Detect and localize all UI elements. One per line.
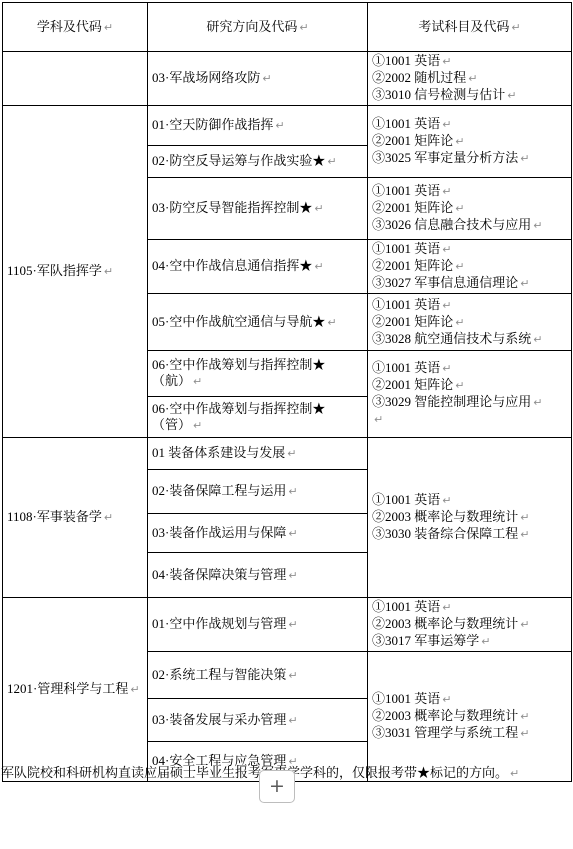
paragraph-mark-icon: ↵	[285, 447, 296, 460]
text-line: ②2001 矩阵论↵	[372, 133, 569, 150]
text-line: ③3010 信号检测与估计↵	[372, 87, 569, 104]
paragraph-mark-icon: ↵	[440, 299, 451, 312]
text-line: （管）↵	[152, 417, 365, 434]
paragraph-mark-icon: ↵	[191, 419, 202, 432]
paragraph-mark-icon: ↵	[312, 202, 323, 215]
paragraph-mark-icon: ↵	[128, 683, 139, 696]
text-line: 05·空中作战航空通信与导航★↵	[152, 314, 365, 331]
direction-cell-1105-04: 04·空中作战信息通信指挥★↵	[148, 240, 368, 294]
paragraph-mark-icon: ↵	[440, 494, 451, 507]
direction-cell-1201-01: 01·空中作战规划与管理↵	[148, 598, 368, 652]
admissions-table: 学科及代码↵ 研究方向及代码↵ 考试科目及代码↵ 03·军战场网络攻防↵ ①10…	[2, 2, 572, 782]
paragraph-mark-icon: ↵	[531, 333, 542, 346]
text-line: ③3031 管理学与系统工程↵	[372, 725, 569, 742]
text: 02·装备保障工程与运用	[152, 483, 286, 498]
exam-cell-1105-06: ①1001 英语↵②2001 矩阵论↵③3029 智能控制理论与应用↵↵	[368, 351, 572, 438]
text-line: 02·装备保障工程与运用↵	[152, 483, 365, 500]
paragraph-mark-icon: ↵	[102, 21, 113, 34]
text-line: ①1001 英语↵	[372, 492, 569, 509]
text-line: 01·空天防御作战指挥↵	[152, 117, 365, 134]
text-line: ②2003 概率论与数理统计↵	[372, 708, 569, 725]
row-1201-d01: 1201·管理科学与工程↵ 01·空中作战规划与管理↵ ①1001 英语↵②20…	[3, 598, 572, 652]
footer-note-text: 军队院校和科研机构直读应届硕士毕业生报考军事学学科的，仅限报考带★标记的方向。	[1, 765, 508, 780]
text: 06·空中作战筹划与指挥控制★	[152, 357, 325, 372]
exam-cell-1105-01-02: ①1001 英语↵②2001 矩阵论↵③3025 军事定量分析方法↵	[368, 106, 572, 178]
text: 04·空中作战信息通信指挥★	[152, 258, 312, 273]
text: ①1001 英语	[372, 691, 440, 706]
paragraph-mark-icon: ↵	[518, 152, 529, 165]
text: ②2001 矩阵论	[372, 200, 453, 215]
paragraph-mark-icon: ↵	[102, 511, 113, 524]
text: ②2002 随机过程	[372, 70, 466, 85]
row-1108-d01: 1108·军事装备学↵ 01 装备体系建设与发展↵ ①1001 英语↵②2003…	[3, 438, 572, 470]
paragraph-mark-icon: ↵	[440, 362, 451, 375]
paragraph-mark-icon: ↵	[453, 135, 464, 148]
text-line: 04·装备保障决策与管理↵	[152, 567, 365, 584]
direction-cell-1105-06-guan: 06·空中作战筹划与指挥控制★（管）↵	[148, 397, 368, 438]
text-line: 02·防空反导运筹与作战实验★↵	[152, 153, 365, 170]
paragraph-mark-icon: ↵	[286, 618, 297, 631]
paragraph-mark-icon: ↵	[191, 375, 202, 388]
text-line: ②2001 矩阵论↵	[372, 200, 569, 217]
text: ②2003 概率论与数理统计	[372, 509, 518, 524]
paragraph-mark-icon: ↵	[509, 21, 520, 34]
paragraph-mark-icon: ↵	[508, 767, 519, 780]
text: ②2003 概率论与数理统计	[372, 708, 518, 723]
text: ③3028 航空通信技术与系统	[372, 331, 531, 346]
text-line: ③3028 航空通信技术与系统↵	[372, 331, 569, 348]
direction-cell-1105-05: 05·空中作战航空通信与导航★↵	[148, 294, 368, 351]
paragraph-mark-icon: ↵	[453, 379, 464, 392]
text: ②2001 矩阵论	[372, 133, 453, 148]
text: 04·装备保障决策与管理	[152, 567, 286, 582]
text-line: ③3029 智能控制理论与应用↵	[372, 394, 569, 411]
text: 01·空天防御作战指挥	[152, 117, 273, 132]
text-line: 学科及代码↵	[3, 19, 147, 36]
table-header-row: 学科及代码↵ 研究方向及代码↵ 考试科目及代码↵	[3, 3, 572, 52]
paragraph-mark-icon: ↵	[440, 693, 451, 706]
text: ②2001 矩阵论	[372, 258, 453, 273]
text: ①1001 英语	[372, 599, 440, 614]
paragraph-mark-icon: ↵	[372, 413, 383, 426]
paragraph-mark-icon: ↵	[440, 185, 451, 198]
direction-cell-1105-01: 01·空天防御作战指挥↵	[148, 106, 368, 146]
text-line: 03·装备作战运用与保障↵	[152, 525, 365, 542]
paragraph-mark-icon: ↵	[325, 316, 336, 329]
text: 1108·军事装备学	[7, 509, 102, 524]
text-line: 03·装备发展与采办管理↵	[152, 712, 365, 729]
paragraph-mark-icon: ↵	[531, 219, 542, 232]
text-line: 04·空中作战信息通信指挥★↵	[152, 258, 365, 275]
exam-cell-1201-02-04: ①1001 英语↵②2003 概率论与数理统计↵③3031 管理学与系统工程↵	[368, 652, 572, 782]
text: 01·空中作战规划与管理	[152, 616, 286, 631]
paragraph-mark-icon: ↵	[518, 511, 529, 524]
text: 03·军战场网络攻防	[152, 70, 260, 85]
text-line: 01 装备体系建设与发展↵	[152, 445, 365, 462]
subject-cell-1105: 1105·军队指挥学↵	[3, 106, 148, 438]
paragraph-mark-icon: ↵	[531, 396, 542, 409]
exam-cell-1108-all: ①1001 英语↵②2003 概率论与数理统计↵③3030 装备综合保障工程↵	[368, 438, 572, 598]
text-line: ③3017 军事运筹学↵	[372, 633, 569, 650]
subject-cell-empty	[3, 52, 148, 106]
text-line: ①1001 英语↵	[372, 116, 569, 133]
exam-cell-1105-05: ①1001 英语↵②2001 矩阵论↵③3028 航空通信技术与系统↵	[368, 294, 572, 351]
text: 学科及代码	[37, 19, 102, 34]
text: 03·防空反导智能指挥控制★	[152, 200, 312, 215]
paragraph-mark-icon: ↵	[286, 669, 297, 682]
direction-cell-1105-03: 03·防空反导智能指挥控制★↵	[148, 178, 368, 240]
text-line: ③3027 军事信息通信理论↵	[372, 275, 569, 292]
text: 03·装备作战运用与保障	[152, 525, 286, 540]
header-subject-code: 学科及代码↵	[3, 3, 148, 52]
text: 1201·管理科学与工程	[7, 681, 128, 696]
direction-cell-1201-02: 02·系统工程与智能决策↵	[148, 652, 368, 699]
text-line: ②2003 概率论与数理统计↵	[372, 616, 569, 633]
text: ③3027 军事信息通信理论	[372, 275, 518, 290]
text: ③3017 军事运筹学	[372, 633, 479, 648]
direction-cell-carryover-03: 03·军战场网络攻防↵	[148, 52, 368, 106]
text-line: ①1001 英语↵	[372, 360, 569, 377]
paragraph-mark-icon: ↵	[440, 243, 451, 256]
text: ③3026 信息融合技术与应用	[372, 217, 531, 232]
direction-cell-1108-02: 02·装备保障工程与运用↵	[148, 470, 368, 514]
text-line: 06·空中作战筹划与指挥控制★	[152, 357, 365, 373]
exam-cell-1105-03: ①1001 英语↵②2001 矩阵论↵③3026 信息融合技术与应用↵	[368, 178, 572, 240]
paragraph-mark-icon: ↵	[286, 485, 297, 498]
text-line: ①1001 英语↵	[372, 297, 569, 314]
text-line: ②2003 概率论与数理统计↵	[372, 509, 569, 526]
text: 1105·军队指挥学	[7, 263, 102, 278]
exam-cell-1105-04: ①1001 英语↵②2001 矩阵论↵③3027 军事信息通信理论↵	[368, 240, 572, 294]
direction-cell-1105-06-hang: 06·空中作战筹划与指挥控制★（航）↵	[148, 351, 368, 397]
text: （管）	[152, 417, 191, 432]
text-line: （航）↵	[152, 373, 365, 390]
text-line: 1108·军事装备学↵	[7, 509, 145, 526]
paragraph-mark-icon: ↵	[286, 714, 297, 727]
text-line: 03·军战场网络攻防↵	[152, 70, 365, 87]
text: ③3029 智能控制理论与应用	[372, 394, 531, 409]
text: ②2001 矩阵论	[372, 377, 453, 392]
text: ②2003 概率论与数理统计	[372, 616, 518, 631]
text-line: 研究方向及代码↵	[148, 19, 367, 36]
header-research-direction: 研究方向及代码↵	[148, 3, 368, 52]
text: ①1001 英语	[372, 241, 440, 256]
text-line: 1105·军队指挥学↵	[7, 263, 145, 280]
exam-cell-carryover: ①1001 英语↵②2002 随机过程↵③3010 信号检测与估计↵	[368, 52, 572, 106]
subject-cell-1108: 1108·军事装备学↵	[3, 438, 148, 598]
text-line: ①1001 英语↵	[372, 53, 569, 70]
paragraph-mark-icon: ↵	[440, 601, 451, 614]
text-line: ②2002 随机过程↵	[372, 70, 569, 87]
paragraph-mark-icon: ↵	[479, 635, 490, 648]
text: （航）	[152, 373, 191, 388]
text-line: ③3030 装备综合保障工程↵	[372, 526, 569, 543]
text: 06·空中作战筹划与指挥控制★	[152, 401, 325, 416]
paragraph-mark-icon: ↵	[260, 72, 271, 85]
paragraph-mark-icon: ↵	[286, 527, 297, 540]
paragraph-mark-icon: ↵	[518, 727, 529, 740]
paragraph-mark-icon: ↵	[518, 277, 529, 290]
text-line: ②2001 矩阵论↵	[372, 377, 569, 394]
text: ②2001 矩阵论	[372, 314, 453, 329]
text: ①1001 英语	[372, 492, 440, 507]
text-line: ↵	[372, 411, 569, 428]
text-line: ①1001 英语↵	[372, 599, 569, 616]
direction-cell-1108-04: 04·装备保障决策与管理↵	[148, 553, 368, 598]
paragraph-mark-icon: ↵	[440, 55, 451, 68]
paragraph-mark-icon: ↵	[312, 260, 323, 273]
paragraph-mark-icon: ↵	[518, 528, 529, 541]
paragraph-mark-icon: ↵	[453, 260, 464, 273]
exam-cell-1201-01: ①1001 英语↵②2003 概率论与数理统计↵③3017 军事运筹学↵	[368, 598, 572, 652]
paragraph-mark-icon: ↵	[453, 202, 464, 215]
direction-cell-1108-03: 03·装备作战运用与保障↵	[148, 514, 368, 553]
text: 考试科目及代码	[418, 19, 509, 34]
paragraph-mark-icon: ↵	[453, 316, 464, 329]
text-line: 1201·管理科学与工程↵	[7, 681, 145, 698]
text-line: ③3026 信息融合技术与应用↵	[372, 217, 569, 234]
text: 05·空中作战航空通信与导航★	[152, 314, 325, 329]
text-line: 03·防空反导智能指挥控制★↵	[152, 200, 365, 217]
text-line: ①1001 英语↵	[372, 183, 569, 200]
paragraph-mark-icon: ↵	[518, 710, 529, 723]
paragraph-mark-icon: ↵	[102, 265, 113, 278]
direction-cell-1105-02: 02·防空反导运筹与作战实验★↵	[148, 146, 368, 178]
text: 03·装备发展与采办管理	[152, 712, 286, 727]
text-line: ②2001 矩阵论↵	[372, 314, 569, 331]
subject-cell-1201: 1201·管理科学与工程↵	[3, 598, 148, 782]
text: ①1001 英语	[372, 297, 440, 312]
add-button[interactable]: +	[259, 770, 295, 803]
text: ①1001 英语	[372, 360, 440, 375]
paragraph-mark-icon: ↵	[286, 569, 297, 582]
paragraph-mark-icon: ↵	[466, 72, 477, 85]
paragraph-mark-icon: ↵	[518, 618, 529, 631]
text: 研究方向及代码	[206, 19, 297, 34]
text: ①1001 英语	[372, 53, 440, 68]
row-1105-d01: 1105·军队指挥学↵ 01·空天防御作战指挥↵ ①1001 英语↵②2001 …	[3, 106, 572, 146]
paragraph-mark-icon: ↵	[297, 21, 308, 34]
text: ①1001 英语	[372, 116, 440, 131]
text-line: 02·系统工程与智能决策↵	[152, 667, 365, 684]
text: ①1001 英语	[372, 183, 440, 198]
plus-icon: +	[269, 775, 285, 797]
direction-cell-1201-03: 03·装备发展与采办管理↵	[148, 699, 368, 742]
text: 02·防空反导运筹与作战实验★	[152, 153, 325, 168]
text: ③3025 军事定量分析方法	[372, 150, 518, 165]
paragraph-mark-icon: ↵	[440, 118, 451, 131]
header-exam-subjects: 考试科目及代码↵	[368, 3, 572, 52]
paragraph-mark-icon: ↵	[505, 89, 516, 102]
text: ③3010 信号检测与估计	[372, 87, 505, 102]
text-line: ①1001 英语↵	[372, 691, 569, 708]
text-line: 考试科目及代码↵	[368, 19, 571, 36]
text-line: ①1001 英语↵	[372, 241, 569, 258]
text: ③3031 管理学与系统工程	[372, 725, 518, 740]
text-line: 06·空中作战筹划与指挥控制★	[152, 401, 365, 417]
text-line: ③3025 军事定量分析方法↵	[372, 150, 569, 167]
text-line: 01·空中作战规划与管理↵	[152, 616, 365, 633]
text: 01 装备体系建设与发展	[152, 445, 285, 460]
paragraph-mark-icon: ↵	[273, 119, 284, 132]
text: ③3030 装备综合保障工程	[372, 526, 518, 541]
text-line: ②2001 矩阵论↵	[372, 258, 569, 275]
text: 02·系统工程与智能决策	[152, 667, 286, 682]
row-carryover-d03: 03·军战场网络攻防↵ ①1001 英语↵②2002 随机过程↵③3010 信号…	[3, 52, 572, 106]
paragraph-mark-icon: ↵	[325, 155, 336, 168]
direction-cell-1108-01: 01 装备体系建设与发展↵	[148, 438, 368, 470]
